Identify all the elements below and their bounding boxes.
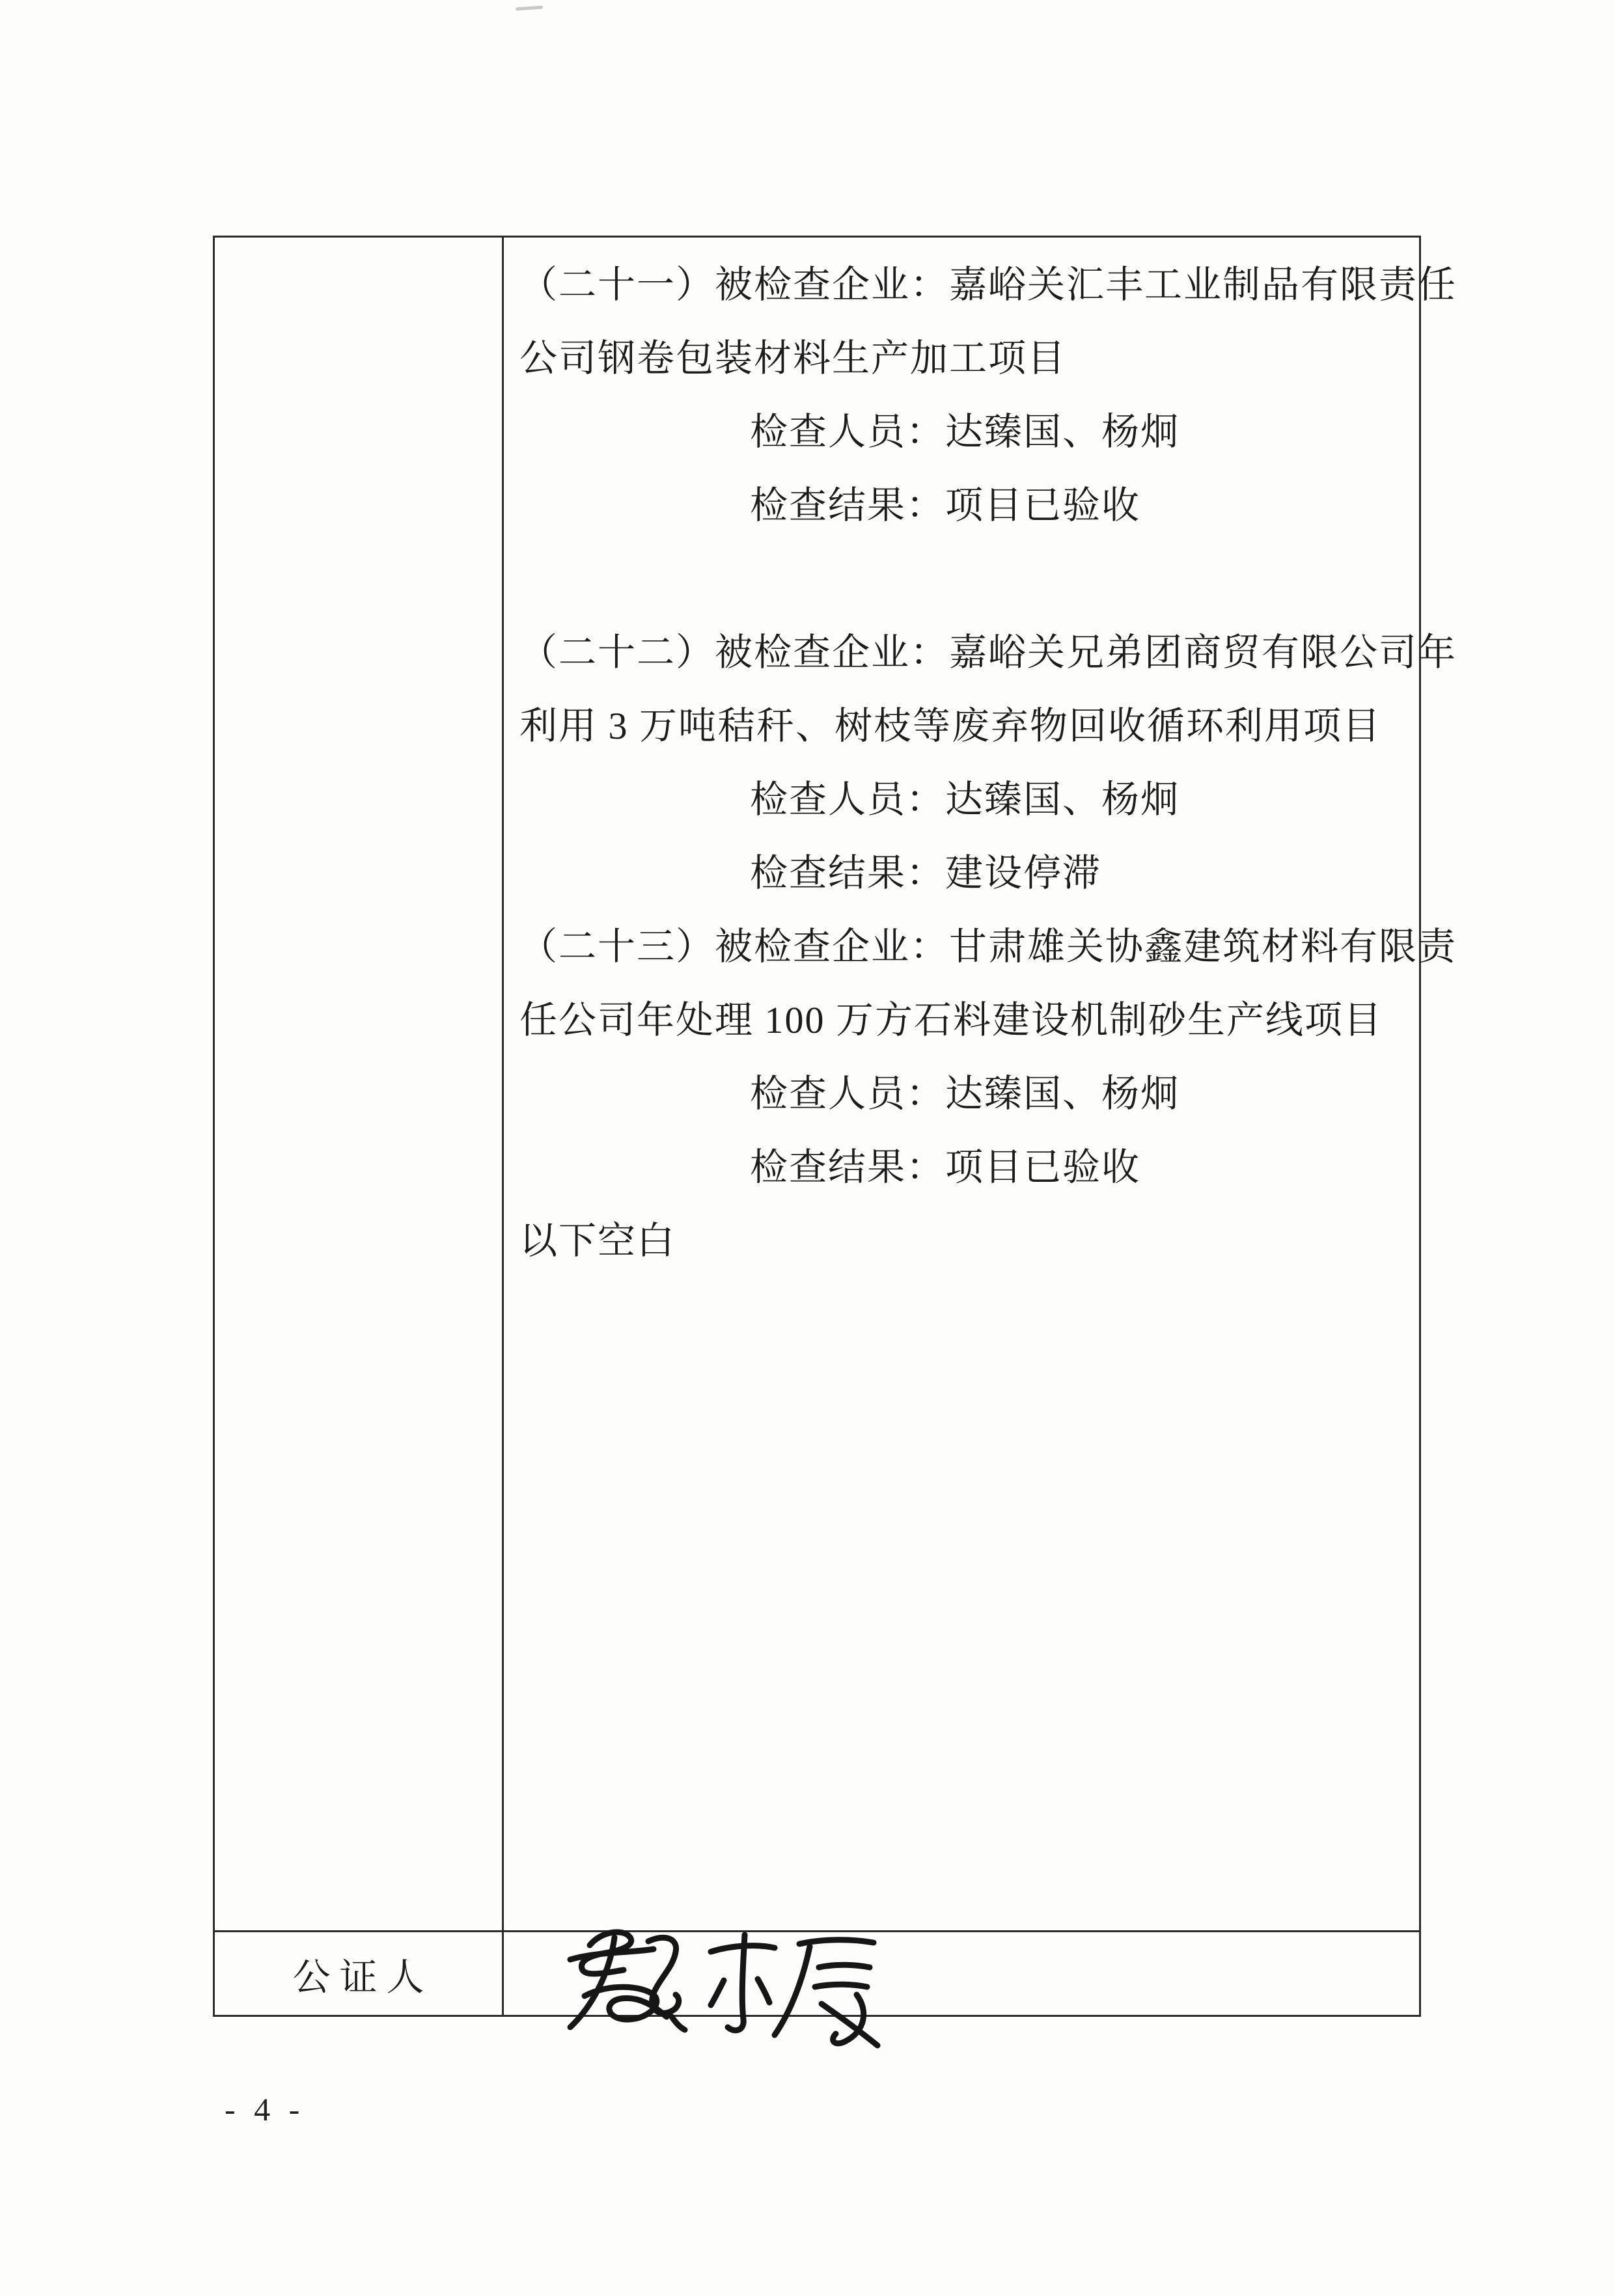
entry-21-line-2: 公司钢卷包装材料生产加工项目 bbox=[504, 321, 1419, 395]
entry-21-result: 检查结果：项目已验收 bbox=[504, 469, 1419, 542]
entry-23-result: 检查结果：项目已验收 bbox=[504, 1130, 1419, 1204]
entry-23-line-1: （二十三）被检查企业：甘肃雄关协鑫建筑材料有限责 bbox=[504, 910, 1419, 983]
notary-label: 公证人 bbox=[292, 1947, 433, 2001]
scan-artifact bbox=[516, 6, 543, 11]
entry-21-line-1: （二十一）被检查企业：嘉峪关汇丰工业制品有限责任 bbox=[504, 248, 1419, 321]
entry-23-line-2: 任公司年处理 100 万方石料建设机制砂生产线项目 bbox=[504, 983, 1419, 1057]
entry-22-result: 检查结果：建设停滞 bbox=[504, 836, 1419, 910]
entry-22-inspectors: 检查人员：达臻国、杨炯 bbox=[504, 763, 1419, 836]
notary-signature bbox=[551, 1918, 889, 2055]
inspection-table: （二十一）被检查企业：嘉峪关汇丰工业制品有限责任 公司钢卷包装材料生产加工项目 … bbox=[213, 236, 1421, 2017]
blank-line bbox=[504, 542, 1419, 616]
signature-strokes-icon bbox=[551, 1918, 889, 2055]
document-page: （二十一）被检查企业：嘉峪关汇丰工业制品有限责任 公司钢卷包装材料生产加工项目 … bbox=[0, 0, 1615, 2296]
page-number: - 4 - bbox=[225, 2090, 305, 2128]
notary-cell: 公证人 bbox=[215, 1932, 502, 2015]
entry-21-inspectors: 检查人员：达臻国、杨炯 bbox=[504, 395, 1419, 469]
entry-22-line-1: （二十二）被检查企业：嘉峪关兄弟团商贸有限公司年 bbox=[504, 616, 1419, 689]
entry-22-line-2: 利用 3 万吨秸秆、树枝等废弃物回收循环利用项目 bbox=[504, 689, 1419, 763]
inspection-entries: （二十一）被检查企业：嘉峪关汇丰工业制品有限责任 公司钢卷包装材料生产加工项目 … bbox=[504, 248, 1419, 1278]
entry-23-inspectors: 检查人员：达臻国、杨炯 bbox=[504, 1057, 1419, 1130]
blank-below-note: 以下空白 bbox=[504, 1204, 1419, 1278]
